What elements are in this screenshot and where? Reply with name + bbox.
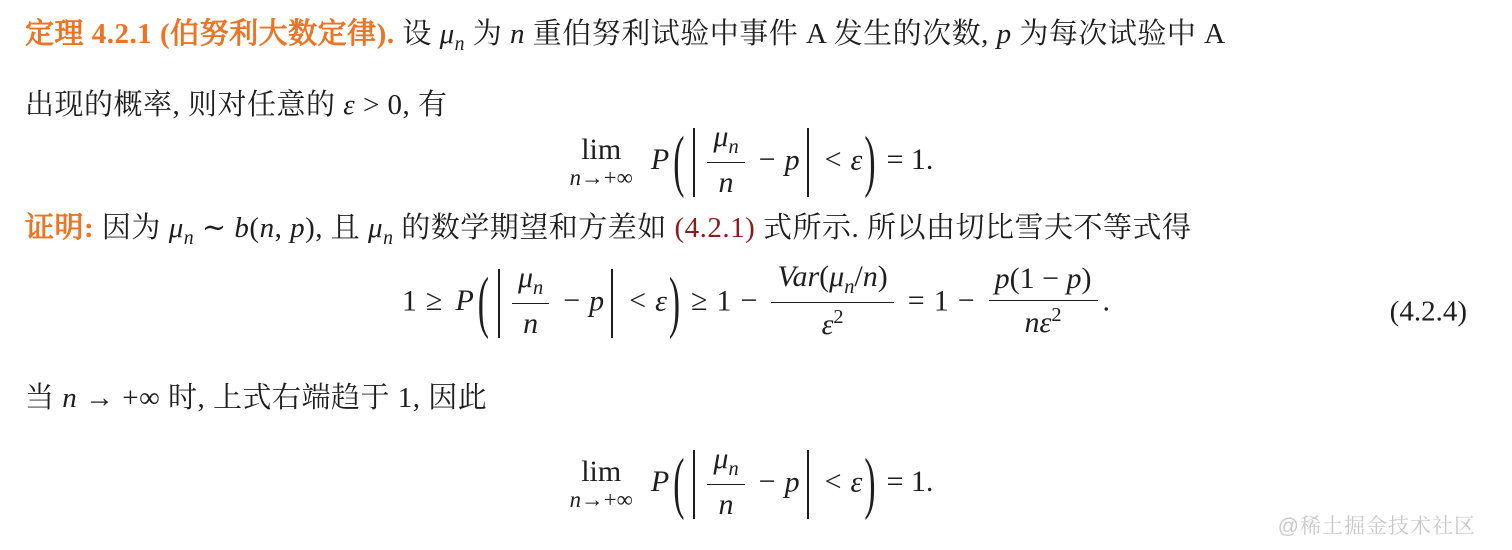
- less-than-sign: <: [825, 143, 842, 176]
- math-p: p: [995, 262, 1010, 295]
- lim-sub-n: n: [570, 165, 581, 190]
- abs-bar-left: [693, 450, 695, 519]
- proof-text: (: [249, 212, 259, 244]
- probability-P: P: [651, 143, 669, 176]
- math-mu: μ: [713, 120, 728, 153]
- proof-text: 的数学期望和方差如: [393, 212, 674, 244]
- fraction-denominator: n: [707, 485, 744, 523]
- math-b: b: [234, 212, 249, 244]
- probability-P: P: [651, 465, 669, 498]
- fraction-numerator: Var(μn/n): [771, 260, 893, 303]
- inequality-equation-row: 1≥P(μnn−p<ε)≥1−Var(μn/n)ε2=1−p(1 − p)nε2…: [0, 262, 1512, 362]
- limit-operator: lim n→+∞: [570, 134, 633, 192]
- number-one: 1: [934, 284, 949, 317]
- abs-bar-left: [693, 128, 695, 197]
- abs-bar-right: [807, 128, 809, 197]
- proof-text: ,: [275, 212, 291, 244]
- math-epsilon: ε: [655, 284, 667, 317]
- watermark: @稀土掘金技术社区: [1278, 510, 1476, 540]
- abs-bar-left: [498, 269, 500, 338]
- math-mu-sub: n: [728, 458, 738, 480]
- fraction-var-over-eps2: Var(μn/n)ε2: [771, 260, 893, 343]
- less-than-sign: <: [629, 284, 646, 317]
- squared-exponent: 2: [833, 306, 843, 328]
- theorem-text: 为: [465, 18, 510, 50]
- math-mu-sub: n: [844, 276, 854, 298]
- fraction-p1p-over-neps2: p(1 − p)nε2: [989, 262, 1098, 340]
- var-function: Var: [777, 260, 819, 293]
- limit-operator: lim n→+∞: [570, 456, 633, 514]
- math-mu: μ: [518, 261, 533, 294]
- equals-one: = 1.: [887, 465, 934, 498]
- document-page: 定理 4.2.1 (伯努利大数定律). 设 μn 为 n 重伯努利试验中事件 A…: [0, 0, 1512, 550]
- squared-exponent: 2: [1051, 304, 1061, 326]
- equation-number-424: (4.2.4): [1390, 296, 1467, 329]
- math-mu-sub: n: [533, 277, 543, 299]
- proof-paragraph: 证明: 因为 μn ∼ b(n, p), 且 μn 的数学期望和方差如 (4.2…: [25, 198, 1487, 269]
- minus-sign: −: [563, 284, 580, 317]
- fraction-mu-over-n: μnn: [707, 442, 744, 523]
- theorem-text: 为每次试验中 A: [1012, 18, 1226, 50]
- theorem-text: 设: [395, 18, 440, 50]
- equals-sign: =: [908, 284, 925, 317]
- proof-label: 证明:: [25, 212, 94, 244]
- math-mu: μ: [169, 212, 184, 244]
- math-mu-sub: n: [383, 227, 393, 249]
- equals-one: = 1.: [887, 143, 934, 176]
- abs-bar-right: [611, 269, 613, 338]
- theorem-text: > 0, 有: [355, 89, 447, 121]
- theorem-text: 重伯努利试验中事件 A 发生的次数,: [525, 18, 997, 50]
- math-p: p: [1067, 262, 1082, 295]
- math-p: p: [785, 465, 800, 498]
- math-mu: μ: [713, 442, 728, 475]
- math-epsilon: ε: [851, 143, 863, 176]
- number-one: 1: [717, 284, 732, 317]
- closing-text: → +∞ 时, 上式右端趋于 1, 因此: [77, 382, 487, 414]
- lim-sub-arrow-infinity: →+∞: [581, 165, 633, 190]
- math-n: n: [863, 260, 878, 293]
- closing-text: 当: [25, 382, 62, 414]
- math-epsilon: ε: [343, 89, 355, 121]
- fraction-denominator: n: [707, 163, 744, 201]
- fraction-mu-over-n: μnn: [512, 261, 549, 342]
- minus-sign: −: [958, 284, 975, 317]
- left-paren: (: [478, 269, 489, 338]
- paren: ): [1082, 262, 1092, 295]
- fraction-numerator: μn: [707, 442, 744, 485]
- number-one: 1: [402, 284, 417, 317]
- math-p: p: [997, 18, 1012, 50]
- lim-subscript: n→+∞: [570, 487, 633, 513]
- lim-subscript: n→+∞: [570, 165, 633, 191]
- math-epsilon: ε: [851, 465, 863, 498]
- less-than-sign: <: [825, 465, 842, 498]
- math-mu-sub: n: [184, 227, 194, 249]
- geq-sign: ≥: [691, 284, 707, 317]
- math-mu-sub: n: [455, 33, 465, 55]
- left-paren: (: [673, 450, 684, 519]
- lim-word: lim: [570, 456, 633, 488]
- math-mu: μ: [440, 18, 455, 50]
- abs-bar-right: [807, 450, 809, 519]
- math-epsilon: ε: [1040, 306, 1052, 339]
- fraction-numerator: μn: [707, 120, 744, 163]
- lim-word: lim: [570, 134, 633, 166]
- right-paren: ): [669, 269, 680, 338]
- fraction-denominator: nε2: [989, 301, 1098, 341]
- math-n: n: [62, 382, 77, 414]
- limit-formula-1: lim n→+∞ P(μnn−p<ε)= 1.: [0, 122, 1512, 203]
- math-mu-sub: n: [728, 136, 738, 158]
- tilde-operator: ∼: [194, 212, 234, 244]
- fraction-denominator: ε2: [771, 303, 893, 343]
- lim-sub-arrow-infinity: →+∞: [581, 487, 633, 512]
- lim-sub-n: n: [570, 487, 581, 512]
- minus-sign: −: [741, 284, 758, 317]
- math-p: p: [589, 284, 604, 317]
- left-paren: (: [673, 128, 684, 197]
- paren-one-minus: (1 −: [1010, 262, 1067, 295]
- paren: ): [878, 260, 888, 293]
- math-mu: μ: [829, 260, 844, 293]
- geq-sign: ≥: [426, 284, 442, 317]
- fraction-mu-over-n: μnn: [707, 120, 744, 201]
- math-p: p: [290, 212, 305, 244]
- inequality-formula: 1≥P(μnn−p<ε)≥1−Var(μn/n)ε2=1−p(1 − p)nε2…: [0, 262, 1512, 345]
- minus-sign: −: [759, 143, 776, 176]
- minus-sign: −: [759, 465, 776, 498]
- right-paren: ): [864, 450, 875, 519]
- math-mu: μ: [368, 212, 383, 244]
- closing-paragraph: 当 n → +∞ 时, 上式右端趋于 1, 因此: [25, 368, 1487, 429]
- math-n: n: [510, 18, 525, 50]
- fraction-numerator: μn: [512, 261, 549, 304]
- math-p: p: [785, 143, 800, 176]
- math-n: n: [260, 212, 275, 244]
- theorem-paragraph: 定理 4.2.1 (伯努利大数定律). 设 μn 为 n 重伯努利试验中事件 A…: [25, 4, 1487, 136]
- right-paren: ): [864, 128, 875, 197]
- proof-text: ), 且: [305, 212, 368, 244]
- proof-text: 式所示. 所以由切比雪夫不等式得: [755, 212, 1191, 244]
- paren: (: [819, 260, 829, 293]
- theorem-text: 出现的概率, 则对任意的: [25, 89, 343, 121]
- equation-reference-421[interactable]: (4.2.1): [674, 212, 755, 244]
- probability-P: P: [455, 284, 473, 317]
- period: .: [1103, 284, 1111, 317]
- proof-text: 因为: [94, 212, 169, 244]
- theorem-label: 定理 4.2.1 (伯努利大数定律).: [25, 18, 395, 50]
- fraction-numerator: p(1 − p): [989, 262, 1098, 301]
- math-n: n: [1025, 306, 1040, 339]
- fraction-denominator: n: [512, 304, 549, 342]
- math-epsilon: ε: [822, 308, 834, 341]
